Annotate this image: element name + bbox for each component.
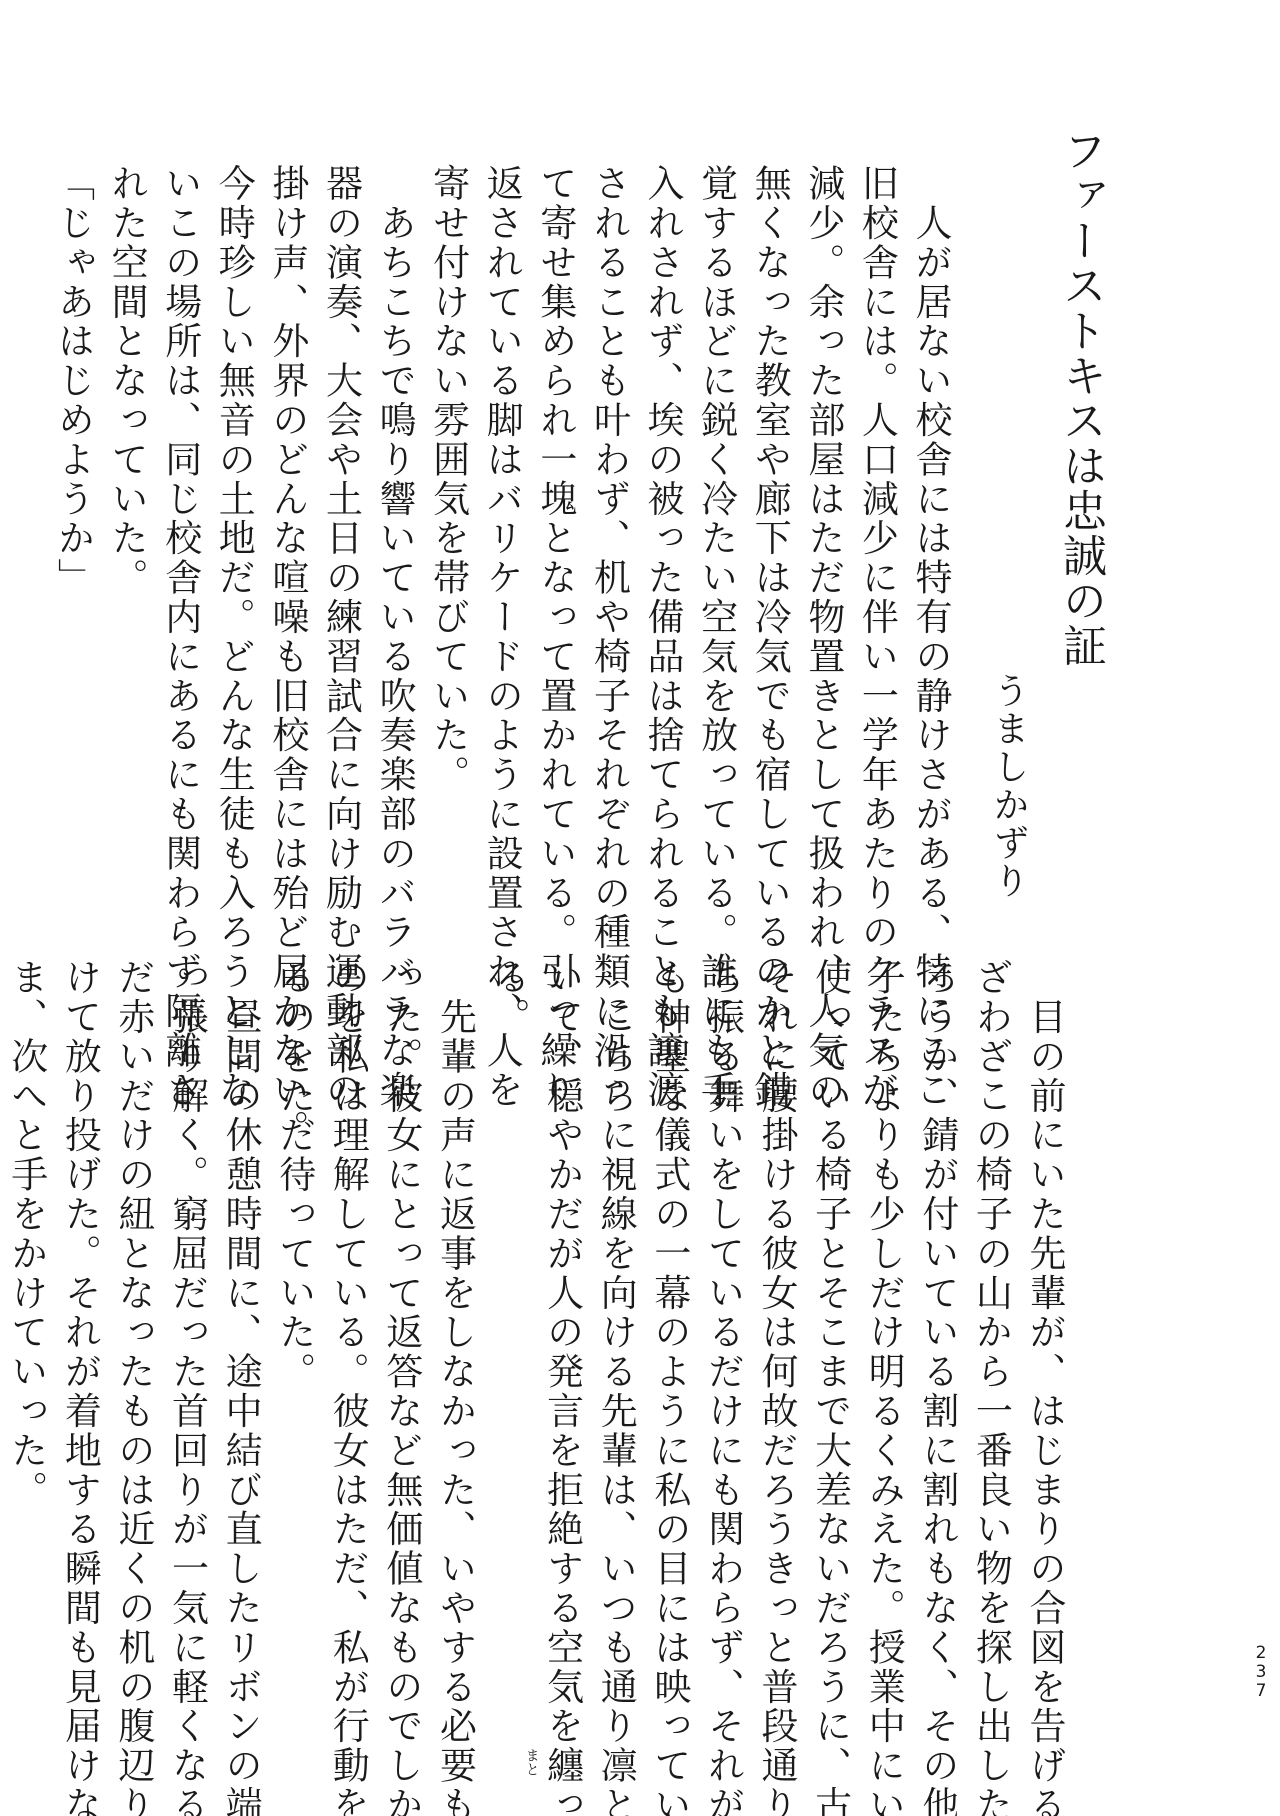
text-line: 先輩の声に返事をしなかった、いやする必要もなか	[428, 958, 482, 1658]
text-line: れた空間となっていた。	[100, 164, 154, 854]
text-line: る。	[481, 958, 535, 1658]
text-line: ま、次へと手をかけていった。	[0, 958, 53, 1658]
text-line: 器の演奏、大会や土日の練習試合に向け励む運動部の	[314, 164, 368, 854]
text-line: て寄せ集められ一塊となって置かれている。引っ繰り	[528, 164, 582, 854]
text-line: 覚するほどに鋭く冷たい空気を放っている。誰にも手	[689, 164, 743, 854]
page-number: 237	[1254, 1644, 1268, 1701]
text-line: いこの場所は、同じ校舎内にあるにも関わらず隔離さ	[153, 164, 207, 854]
ruby-reading: まと	[525, 1748, 539, 1776]
text-line-with-ruby: いて、穏やかだが人の発言を拒絶する空気を纏まとってい	[535, 958, 589, 1658]
text-block-upper: 人が居ない校舎には特有の静けさがある、特にここ 旧校舎には。人口減少に伴い一学年…	[46, 164, 957, 854]
text-line: 無くなった教室や廊下は冷気でも宿しているのかと錯	[743, 164, 797, 854]
text-line: も神聖な儀式の一幕のように私の目には映っていた。	[642, 958, 696, 1658]
text-line: 目の前にいた先輩が、はじまりの合図を告げる。わ	[1017, 958, 1071, 1658]
text-line: 返されている脚はバリケードのように設置され、人を	[475, 164, 529, 854]
text-line: 入れされず、埃の被った備品は捨てられることも譲渡	[635, 164, 689, 854]
text-line: 人が居ない校舎には特有の静けさがある、特にここ	[903, 164, 957, 854]
text-line: けて放り投げた。それが着地する瞬間も見届けないま	[53, 958, 107, 1658]
text-line: されることも叶わず、机や椅子それぞれの種類に沿っ	[582, 164, 636, 854]
story-title: ファーストキスは忠誠の証	[1056, 128, 1104, 668]
text-line: 掛け声、外界のどんな喧噪も旧校舎には殆ど届かない。	[260, 164, 314, 854]
text-line: 減少。余った部屋はただ物置きとして扱われ、人気の	[796, 164, 850, 854]
text-line: 寄せ付けない雰囲気を帯びていた。	[421, 164, 475, 854]
text-line: だ赤いだけの紐となったものは近くの机の腹辺りめが	[106, 958, 160, 1658]
text-line: 今時珍しい無音の土地だ。どんな生徒も入ろうとしな	[207, 164, 261, 854]
text-block-lower: 目の前にいた先輩が、はじまりの合図を告げる。わ ざわざこの椅子の山から一番良い物…	[0, 958, 1071, 1658]
text-line: った。彼女にとって返答など無価値なものでしかない	[374, 958, 428, 1658]
text-line: 使っている椅子とそこまで大差ないだろうに、古びた	[803, 958, 857, 1658]
text-line: あちこちで鳴り響いている吹奏楽部のバラバラな楽	[367, 164, 421, 854]
text-line: 子たちよりも少しだけ明るくみえた。授業中にいつも	[857, 958, 911, 1658]
text-line: るのをただ待っていた。	[267, 958, 321, 1658]
author-name: うましかずり	[988, 672, 1028, 900]
text-line: っ張り解く。窮屈だった首回りが一気に軽くなる。た	[160, 958, 214, 1658]
text-line: こちらに視線を向ける先輩は、いつも通り凛として	[589, 958, 643, 1658]
text-line: 旧校舎には。人口減少に伴い一学年あたりのクラスが	[850, 164, 904, 854]
book-page: ファーストキスは忠誠の証 うましかずり 人が居ない校舎には特有の静けさがある、特…	[0, 0, 1280, 1816]
ruby-base: 纏まと	[541, 1746, 584, 1785]
text-line: 「じゃあはじめようか」	[46, 164, 100, 854]
text-line: ざわざこの椅子の山から一番良い物を探し出したんだ	[964, 958, 1018, 1658]
text-line: のを私は理解している。彼女はただ、私が行動を始め	[321, 958, 375, 1658]
text-line: 昼間の休憩時間に、途中結び直したリボンの端を引	[214, 958, 268, 1658]
text-line: ち振る舞いをしているだけにも関わらず、それがとて	[696, 958, 750, 1658]
text-line: ろうか、錆が付いている割に割れもなく、その他の椅	[910, 958, 964, 1658]
text-line: それに腰掛ける彼女は何故だろうきっと普段通りの立	[749, 958, 803, 1658]
